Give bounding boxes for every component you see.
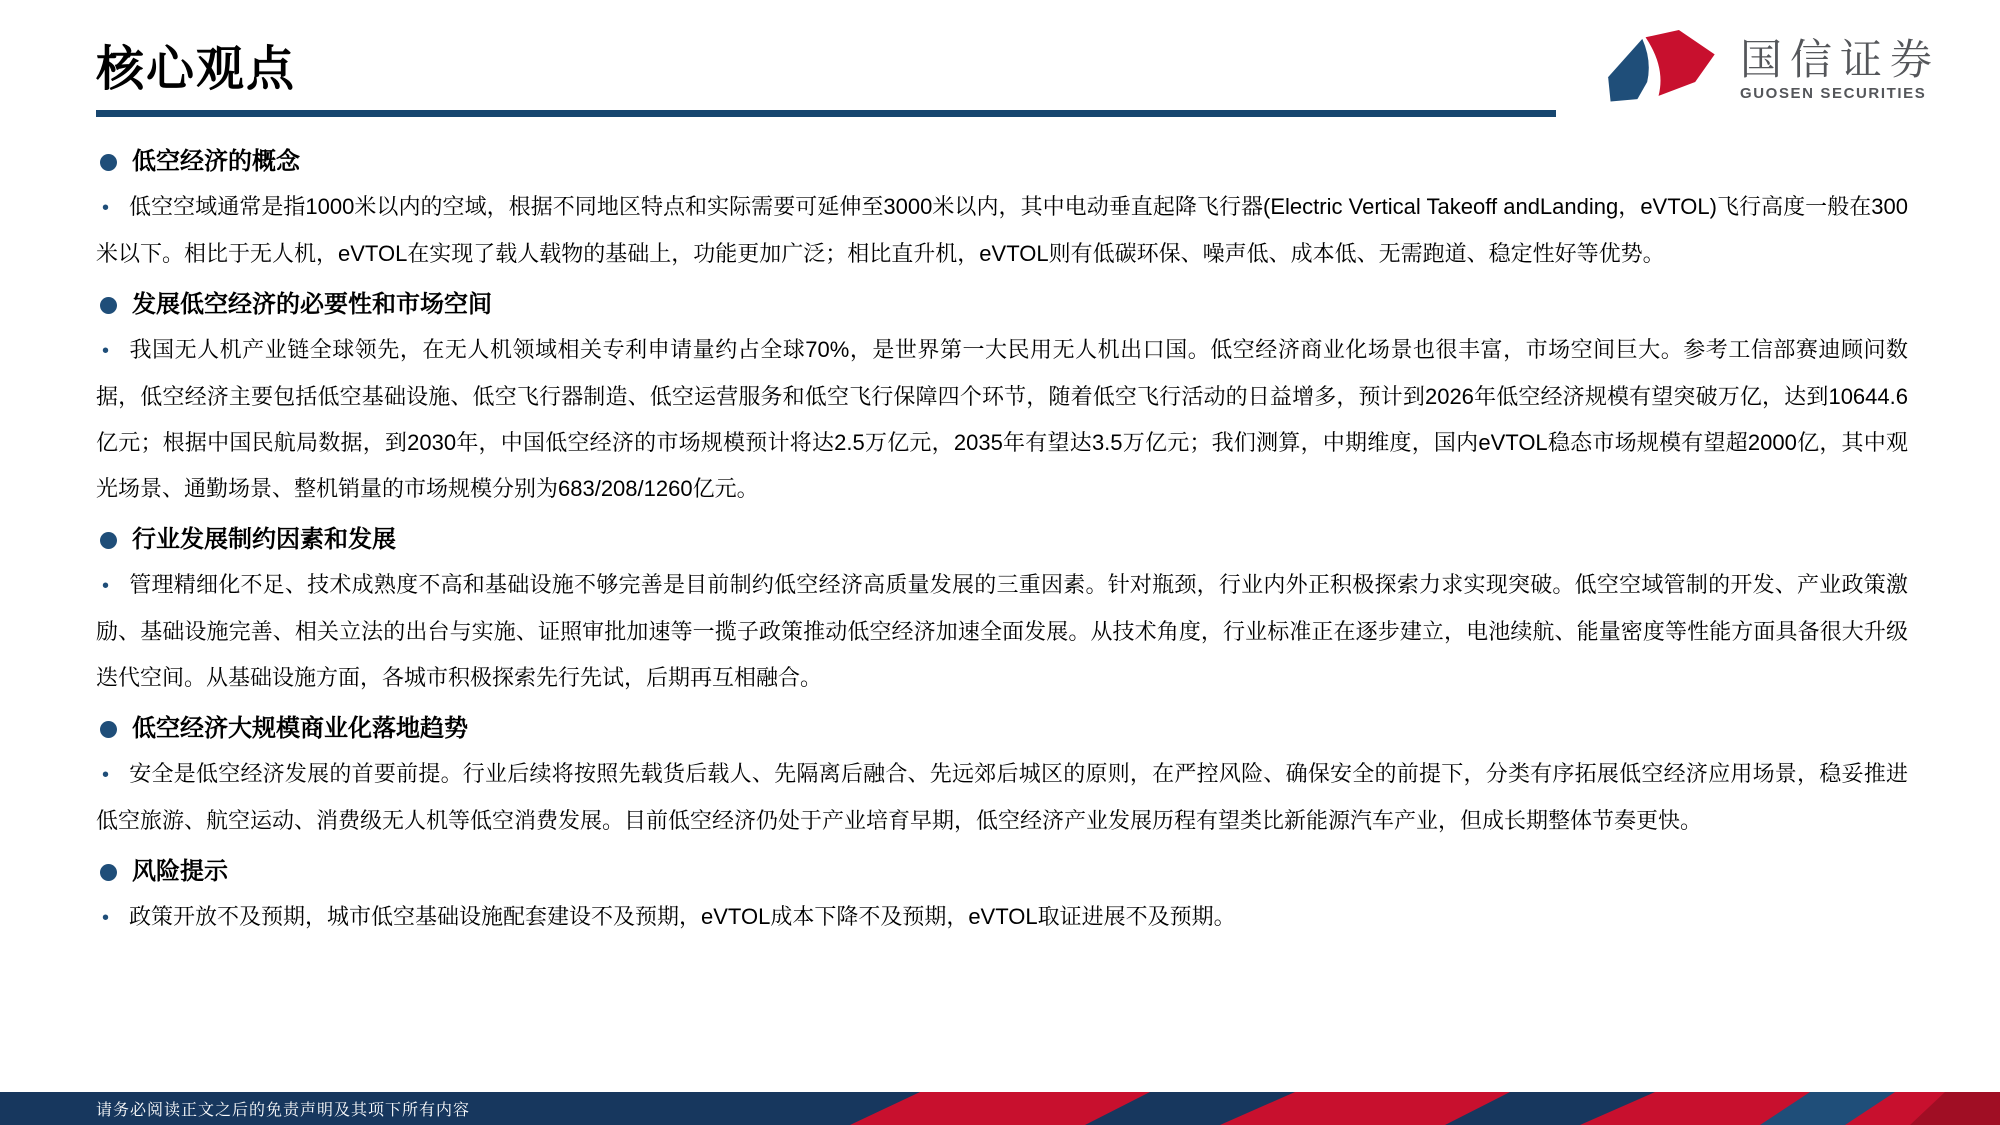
section-heading-label: 风险提示 <box>132 856 228 888</box>
section-paragraph: •安全是低空经济发展的首要前提。行业后续将按照先载货后载人、先隔离后融合、先远郊… <box>96 751 1908 844</box>
content-section: 风险提示 •政策开放不及预期，城市低空基础设施配套建设不及预期，eVTOL成本下… <box>96 856 1908 941</box>
circle-bullet-icon <box>100 154 117 171</box>
logo-wordmark: 国信证券 GUOSEN SECURITIES <box>1740 36 1940 101</box>
guosen-logo-icon <box>1600 28 1722 110</box>
content-section: 行业发展制约因素和发展 •管理精细化不足、技术成熟度不高和基础设施不够完善是目前… <box>96 524 1908 701</box>
section-heading: 行业发展制约因素和发展 <box>100 524 1908 556</box>
section-heading: 低空经济大规模商业化落地趋势 <box>100 713 1908 745</box>
footer-bar: 请务必阅读正文之后的免责声明及其项下所有内容 <box>0 1092 2000 1125</box>
section-heading: 发展低空经济的必要性和市场空间 <box>100 289 1908 321</box>
content-section: 发展低空经济的必要性和市场空间 •我国无人机产业链全球领先，在无人机领域相关专利… <box>96 289 1908 512</box>
section-heading-label: 低空经济大规模商业化落地趋势 <box>132 713 468 745</box>
section-paragraph: •我国无人机产业链全球领先，在无人机领域相关专利申请量约占全球70%，是世界第一… <box>96 327 1908 512</box>
section-heading-label: 低空经济的概念 <box>132 146 300 178</box>
section-paragraph: •管理精细化不足、技术成熟度不高和基础设施不够完善是目前制约低空经济高质量发展的… <box>96 562 1908 701</box>
footer-disclaimer: 请务必阅读正文之后的免责声明及其项下所有内容 <box>96 1092 470 1125</box>
section-paragraph: •政策开放不及预期，城市低空基础设施配套建设不及预期，eVTOL成本下降不及预期… <box>96 894 1908 941</box>
title-underline <box>96 110 1556 117</box>
page-title: 核心观点 <box>96 30 296 99</box>
logo-name-en: GUOSEN SECURITIES <box>1740 85 1940 102</box>
section-paragraph: •低空空域通常是指1000米以内的空域，根据不同地区特点和实际需要可延伸至300… <box>96 184 1908 277</box>
section-paragraph-text: 政策开放不及预期，城市低空基础设施配套建设不及预期，eVTOL成本下降不及预期，… <box>129 904 1236 929</box>
circle-bullet-icon <box>100 864 117 881</box>
content-section: 低空经济的概念 •低空空域通常是指1000米以内的空域，根据不同地区特点和实际需… <box>96 146 1908 277</box>
dot-bullet-icon: • <box>102 764 109 786</box>
dot-bullet-icon: • <box>102 907 109 929</box>
report-slide: 核心观点 国信证券 GUOSEN SECURITIES 低空经济的概念 •低空空… <box>0 0 2000 1125</box>
section-heading-label: 行业发展制约因素和发展 <box>132 524 396 556</box>
dot-bullet-icon: • <box>102 197 109 219</box>
circle-bullet-icon <box>100 297 117 314</box>
section-paragraph-text: 管理精细化不足、技术成熟度不高和基础设施不够完善是目前制约低空经济高质量发展的三… <box>96 572 1908 690</box>
circle-bullet-icon <box>100 532 117 549</box>
dot-bullet-icon: • <box>102 575 109 597</box>
section-heading: 风险提示 <box>100 856 1908 888</box>
circle-bullet-icon <box>100 721 117 738</box>
section-paragraph-text: 我国无人机产业链全球领先，在无人机领域相关专利申请量约占全球70%，是世界第一大… <box>96 337 1908 501</box>
footer-ribbon-decoration <box>850 1092 2000 1125</box>
content-section: 低空经济大规模商业化落地趋势 •安全是低空经济发展的首要前提。行业后续将按照先载… <box>96 713 1908 844</box>
logo-name-cn: 国信证券 <box>1740 36 1940 84</box>
company-logo: 国信证券 GUOSEN SECURITIES <box>1600 28 1940 110</box>
section-paragraph-text: 安全是低空经济发展的首要前提。行业后续将按照先载货后载人、先隔离后融合、先远郊后… <box>96 761 1908 833</box>
section-heading: 低空经济的概念 <box>100 146 1908 178</box>
section-paragraph-text: 低空空域通常是指1000米以内的空域，根据不同地区特点和实际需要可延伸至3000… <box>96 194 1908 266</box>
dot-bullet-icon: • <box>102 340 109 362</box>
sections: 低空经济的概念 •低空空域通常是指1000米以内的空域，根据不同地区特点和实际需… <box>96 134 1908 941</box>
section-heading-label: 发展低空经济的必要性和市场空间 <box>132 289 492 321</box>
